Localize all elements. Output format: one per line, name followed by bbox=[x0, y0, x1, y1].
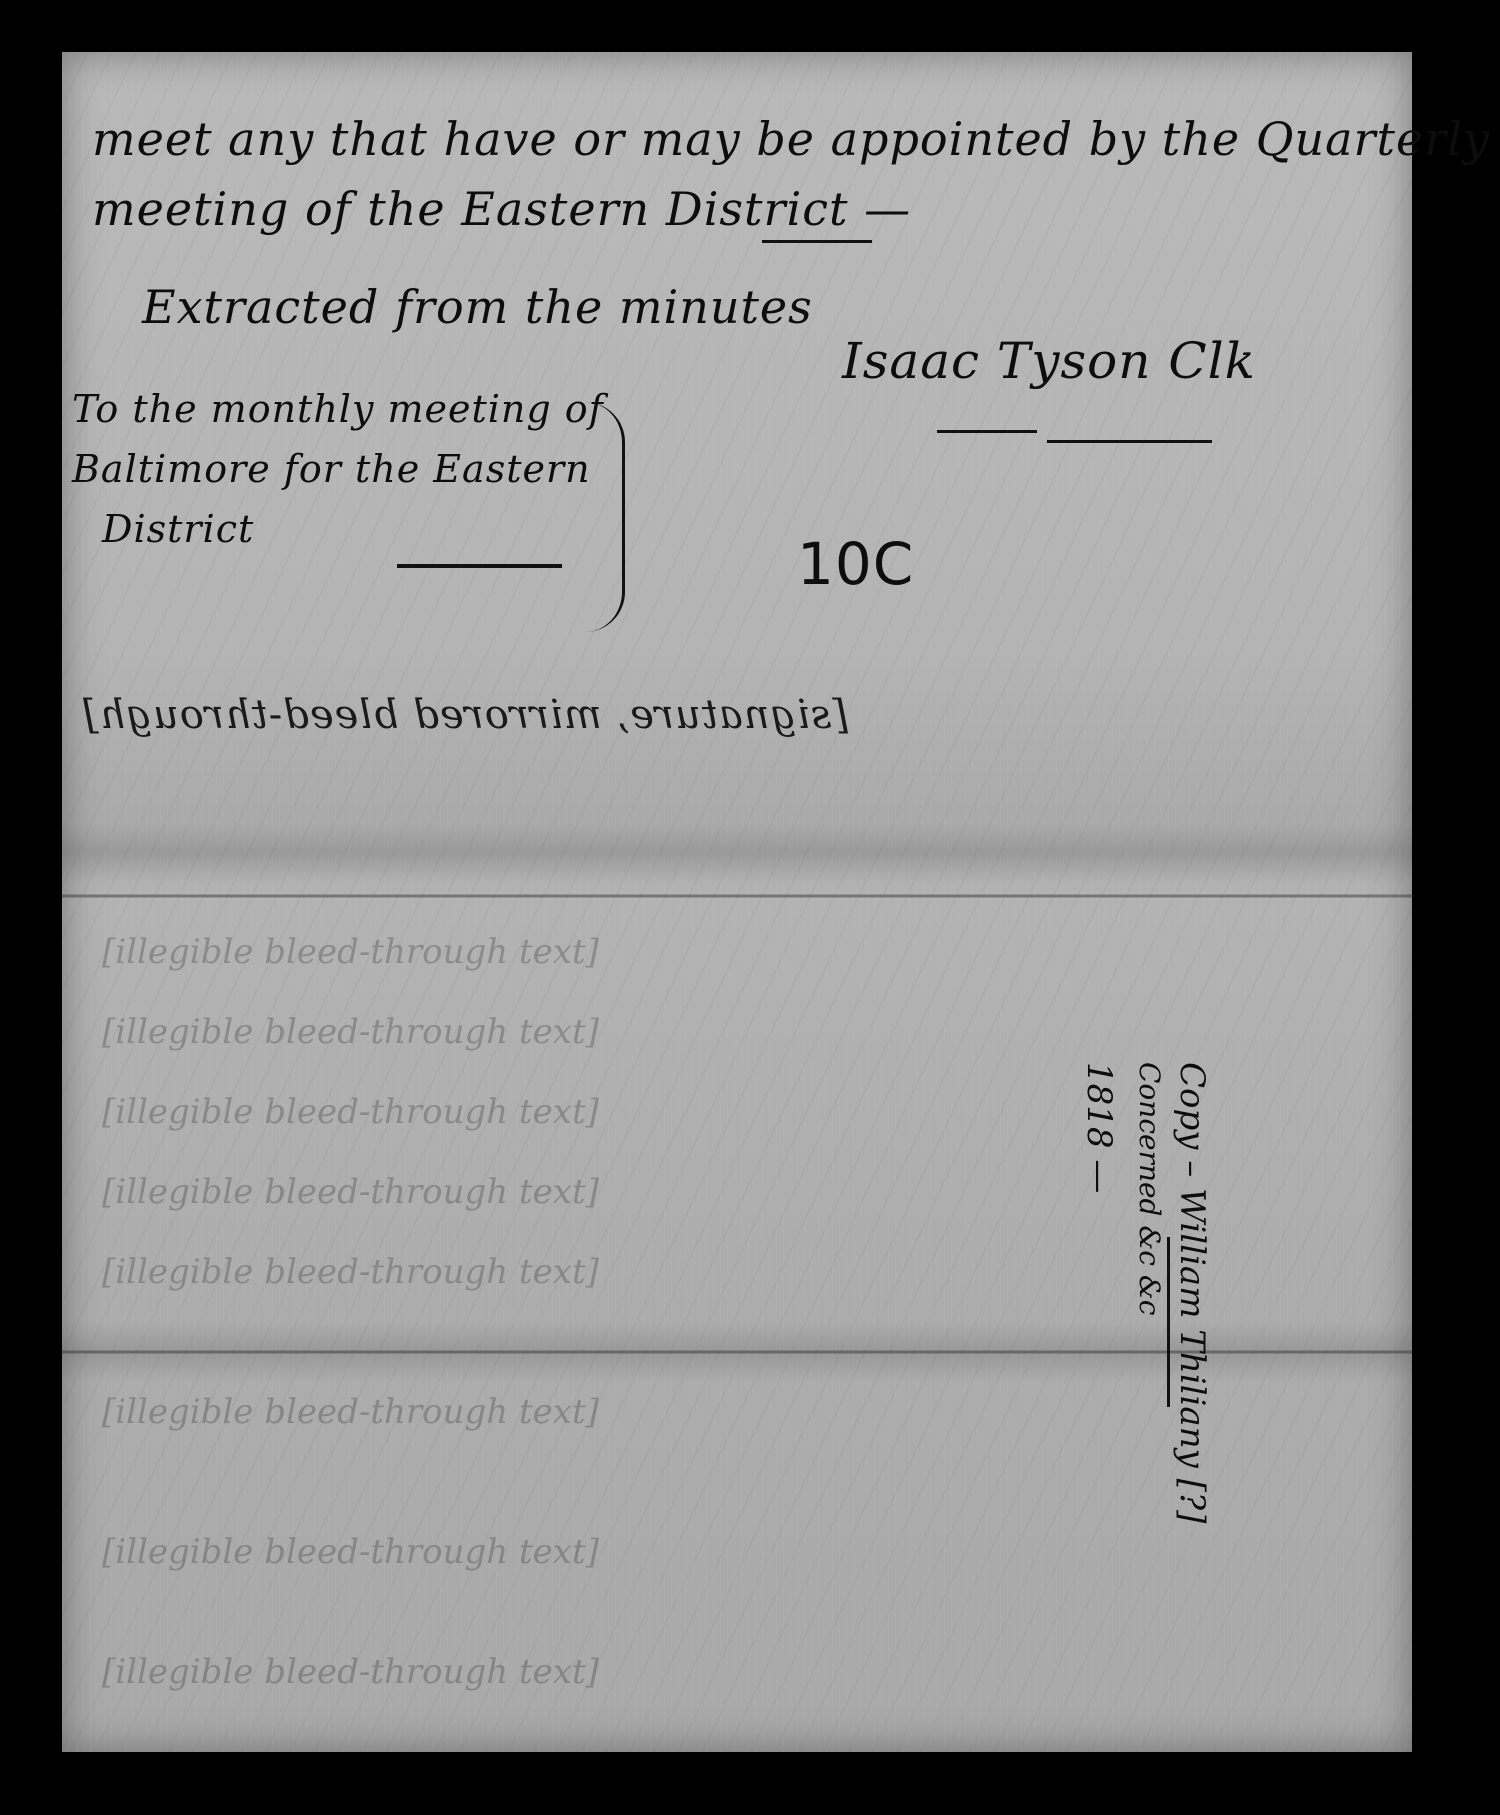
docket-rule bbox=[1167, 1237, 1170, 1407]
signature-underline bbox=[937, 430, 1037, 433]
faded-line: [illegible bleed-through text] bbox=[102, 1392, 599, 1432]
stain bbox=[62, 822, 1412, 882]
faded-line: [illegible bleed-through text] bbox=[102, 932, 599, 972]
address-line: To the monthly meeting of bbox=[72, 387, 604, 431]
faded-line: [illegible bleed-through text] bbox=[102, 1172, 599, 1212]
clerk-signature: Isaac Tyson Clk bbox=[842, 332, 1256, 390]
address-line: District bbox=[102, 507, 254, 551]
faded-line: [illegible bleed-through text] bbox=[102, 1652, 599, 1692]
body-text-line: meet any that have or may be appointed b… bbox=[92, 112, 1490, 166]
faded-line: [illegible bleed-through text] bbox=[102, 1532, 599, 1572]
faded-line: [illegible bleed-through text] bbox=[102, 1092, 599, 1132]
docket-year: 1818 — bbox=[1079, 1062, 1119, 1523]
manuscript-page: [illegible bleed-through text] [illegibl… bbox=[62, 52, 1412, 1752]
address-rule bbox=[397, 564, 562, 568]
faded-line: [illegible bleed-through text] bbox=[102, 1252, 599, 1292]
text-flourish bbox=[762, 240, 872, 243]
docket-endorsement: Copy – William Thiliany [?] Concerned &c… bbox=[1079, 1062, 1212, 1523]
address-line: Baltimore for the Eastern bbox=[72, 447, 591, 491]
address-brace bbox=[582, 402, 625, 632]
paper-fold-line bbox=[62, 894, 1412, 898]
faded-line: [illegible bleed-through text] bbox=[102, 1012, 599, 1052]
docket-line: Copy – William Thiliany [?] bbox=[1172, 1062, 1212, 1523]
archive-stamp: 10C bbox=[797, 530, 914, 598]
body-text-line: meeting of the Eastern District — bbox=[92, 182, 911, 236]
reversed-signature: [signature, mirrored bleed-through] bbox=[82, 692, 848, 738]
extracted-label: Extracted from the minutes bbox=[142, 280, 813, 334]
docket-line: Concerned &c &c bbox=[1133, 1062, 1166, 1523]
signature-underline bbox=[1047, 440, 1212, 443]
